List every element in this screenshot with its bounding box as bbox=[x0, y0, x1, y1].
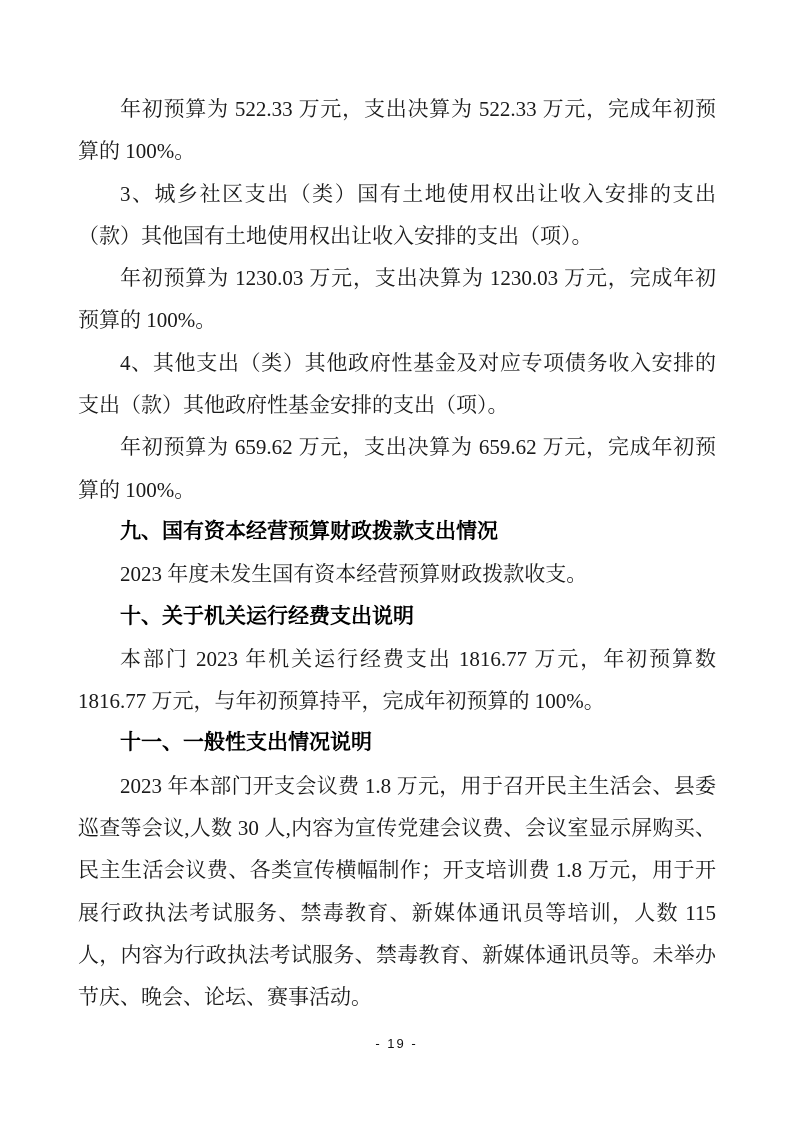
paragraph: 3、城乡社区支出（类）国有土地使用权出让收入安排的支出（款）其他国有土地使用权出… bbox=[78, 173, 716, 258]
paragraph: 2023 年本部门开支会议费 1.8 万元，用于召开民主生活会、县委巡查等会议,… bbox=[78, 765, 716, 1019]
paragraph: 2023 年度未发生国有资本经营预算财政拨款收支。 bbox=[78, 553, 716, 595]
section-heading: 十一、一般性支出情况说明 bbox=[78, 722, 716, 764]
paragraph: 年初预算为 659.62 万元，支出决算为 659.62 万元，完成年初预算的 … bbox=[78, 426, 716, 511]
section-heading: 九、国有资本经营预算财政拨款支出情况 bbox=[78, 511, 716, 553]
page-number: - 19 - bbox=[0, 1036, 793, 1051]
paragraph: 年初预算为 522.33 万元，支出决算为 522.33 万元，完成年初预算的 … bbox=[78, 88, 716, 173]
paragraph: 本部门 2023 年机关运行经费支出 1816.77 万元，年初预算数 1816… bbox=[78, 638, 716, 723]
document-page: 年初预算为 522.33 万元，支出决算为 522.33 万元，完成年初预算的 … bbox=[0, 0, 793, 1122]
section-heading: 十、关于机关运行经费支出说明 bbox=[78, 596, 716, 638]
document-body: 年初预算为 522.33 万元，支出决算为 522.33 万元，完成年初预算的 … bbox=[78, 88, 716, 1019]
paragraph: 年初预算为 1230.03 万元，支出决算为 1230.03 万元，完成年初预算… bbox=[78, 257, 716, 342]
paragraph: 4、其他支出（类）其他政府性基金及对应专项债务收入安排的支出（款）其他政府性基金… bbox=[78, 342, 716, 427]
